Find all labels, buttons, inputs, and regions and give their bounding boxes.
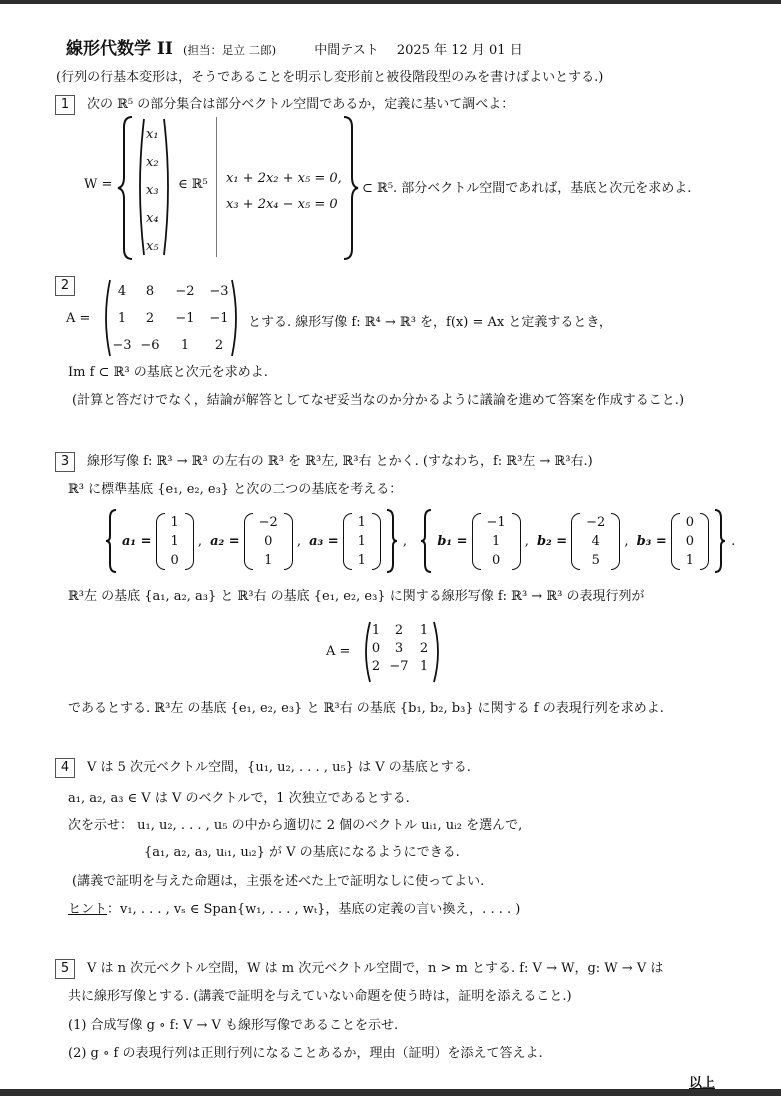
q3-line1-wrap: 3線形写像 f: ℝ³ → ℝ³ の左右の ℝ³ を ℝ³左, ℝ³右 とかく.… — [55, 450, 593, 472]
q5-sub2: (2) g ∘ f の表現行列は正則行列になることあるか，理由（証明）を添えて答… — [68, 1042, 543, 1061]
q5-line1-wrap: 5V は n 次元ベクトル空間，W は m 次元ベクトル空間で，n > m とす… — [55, 957, 663, 979]
q2-a12: 8 — [134, 284, 166, 299]
b3-vector: 001 — [671, 513, 709, 570]
exam-name: 中間テスト — [314, 43, 378, 58]
q2-number-box: 2 — [55, 276, 75, 296]
basis-b-left-brace — [419, 508, 433, 574]
q1-tail: ⊂ ℝ⁵. 部分ベクトル空間であれば，基底と次元を求めよ. — [362, 177, 691, 196]
q1-conditions: x₁ + 2x₂ + x₅ = 0, x₃ + 2x₄ − x₅ = 0 — [226, 166, 342, 218]
q2-a31: −3 — [110, 338, 134, 353]
exam-date: 2025 年 12 月 01 日 — [397, 43, 523, 58]
q4-number-box: 4 — [55, 758, 75, 778]
exam-header: 線形代数学 II (担当：足立 二郎) 中間テスト 2025 年 12 月 01… — [66, 34, 523, 59]
q1-member: ∈ ℝ⁵ — [178, 177, 208, 192]
q1-vector: x₁ x₂ x₃ x₄ x₅ — [146, 121, 159, 261]
q2-a22: 2 — [134, 311, 166, 326]
a2-label: a₂ = — [210, 534, 240, 549]
a3-label: a₃ = — [309, 534, 339, 549]
q1-lhs: W = — [84, 177, 112, 192]
hint-text: ：v₁, . . . , vₛ ∈ Span{w₁, . . . , wₜ}，基… — [107, 902, 520, 917]
q2-text1: とする. 線形写像 f: ℝ⁴ → ℝ³ を，f(x) = Ax と定義するとき… — [248, 311, 612, 330]
instructions: (行列の行基本変形は，そうであることを明示し変形前と被役階段型のみを書けばよいと… — [56, 66, 603, 85]
q4-line1: V は 5 次元ベクトル空間，{u₁, u₂, . . . , u₅} は V … — [87, 760, 471, 775]
q1-right-brace — [342, 115, 362, 261]
q5-number-box: 5 — [55, 959, 75, 979]
q4-hint: ヒント：v₁, . . . , vₛ ∈ Span{w₁, . . . , wₜ… — [68, 898, 520, 917]
q1-condition-1: x₁ + 2x₂ + x₅ = 0, — [226, 166, 342, 192]
q3-line4: であるとする. ℝ³左 の基底 {e₁, e₂, e₃} と ℝ³右 の基底 {… — [68, 697, 664, 716]
q5-sub1: (1) 合成写像 g ∘ f: V → V も線形写像であることを示せ. — [68, 1014, 398, 1033]
q2-a33: 1 — [166, 338, 204, 353]
q2-text2: Im f ⊂ ℝ³ の基底と次元を求めよ. — [68, 361, 268, 380]
q1-set-divider — [216, 117, 217, 257]
q1-x4: x₄ — [146, 205, 159, 233]
q4-note: (講義で証明を与えた命題は，主張を述べた上で証明なしに使ってよい. — [72, 870, 484, 889]
q1-x1: x₁ — [146, 121, 159, 149]
a1-label: a₁ = — [122, 534, 152, 549]
q1-x2: x₂ — [146, 149, 159, 177]
b2-label: b₂ = — [537, 534, 567, 549]
q2-a32: −6 — [134, 338, 166, 353]
basis-a-right-brace — [385, 508, 399, 574]
q1-intro-line: 1次の ℝ⁵ の部分集合は部分ベクトル空間であるか，定義に基いて調べよ： — [55, 93, 514, 115]
q1-vector-right-paren — [162, 117, 174, 257]
q3-line2: ℝ³ に標準基底 {e₁, e₂, e₃} と次の二つの基底を考える： — [68, 478, 402, 497]
q4-line1-wrap: 4V は 5 次元ベクトル空間，{u₁, u₂, . . . , u₅} は V… — [55, 756, 471, 778]
q2-number-box-wrap: 2 — [55, 276, 87, 296]
b1-vector: −110 — [472, 513, 521, 570]
a1-vector: 110 — [156, 513, 194, 570]
q3-line3: ℝ³左 の基底 {a₁, a₂, a₃} と ℝ³右 の基底 {e₁, e₂, … — [68, 585, 644, 604]
q5-line1: V は n 次元ベクトル空間，W は m 次元ベクトル空間で，n > m とする… — [87, 961, 663, 976]
q2-matrix-right-paren — [230, 278, 242, 358]
q1-intro: 次の ℝ⁵ の部分集合は部分ベクトル空間であるか，定義に基いて調べよ： — [87, 97, 514, 112]
q4-line4: {a₁, a₂, a₃, uᵢ₁, uᵢ₂} が V の基底になるようにできる. — [144, 841, 460, 860]
instructor: (担当：足立 二郎) — [183, 43, 276, 57]
q2-a21: 1 — [110, 311, 134, 326]
hint-label: ヒント — [68, 902, 107, 917]
q2-note: (計算と答だけでなく，結論が解答としてなぜ妥当なのか分かるように議論を進めて答案… — [72, 389, 684, 408]
q5-line2: 共に線形写像とする. (講義で証明を与えていない命題を使う時は，証明を添えること… — [68, 985, 572, 1004]
q1-condition-2: x₃ + 2x₄ − x₅ = 0 — [226, 192, 342, 218]
a3-vector: 111 — [343, 513, 381, 570]
q3-matrix-right-paren — [432, 620, 444, 684]
q1-number-box: 1 — [55, 95, 75, 115]
q3-number-box: 3 — [55, 452, 75, 472]
a2-vector: −201 — [244, 513, 293, 570]
q1-vector-left-paren — [134, 117, 146, 257]
q2-a11: 4 — [110, 284, 134, 299]
b2-vector: −245 — [571, 513, 620, 570]
q2-matrix: 4 8 −2 −3 1 2 −1 −1 −3 −6 1 2 — [110, 284, 234, 353]
q2-a23: −1 — [166, 311, 204, 326]
top-border — [0, 0, 781, 4]
bottom-border — [0, 1089, 781, 1096]
q2-lhs: A = — [66, 311, 90, 326]
q1-x5: x₅ — [146, 233, 159, 261]
b3-label: b₃ = — [637, 534, 667, 549]
q4-line3: 次を示せ： u₁, u₂, . . . , u₅ の中から適切に 2 個のベクト… — [68, 814, 522, 833]
q2-a13: −2 — [166, 284, 204, 299]
basis-a-left-brace — [104, 508, 118, 574]
q1-x3: x₃ — [146, 177, 159, 205]
b1-label: b₁ = — [437, 534, 467, 549]
q3-line1: 線形写像 f: ℝ³ → ℝ³ の左右の ℝ³ を ℝ³左, ℝ³右 とかく. … — [87, 454, 593, 469]
q3-lhs: A = — [326, 644, 350, 659]
basis-b-right-brace — [713, 508, 727, 574]
q3-matrix: 121 032 2−71 — [368, 623, 434, 674]
q1-left-brace — [116, 115, 136, 261]
q4-line2: a₁, a₂, a₃ ∈ V は V のベクトルで，1 次独立であるとする. — [68, 787, 410, 806]
q3-bases: a₁ = 110 , a₂ = −201 , a₃ = 111 , b₁ = −… — [104, 508, 735, 574]
course-title: 線形代数学 II — [66, 39, 173, 59]
